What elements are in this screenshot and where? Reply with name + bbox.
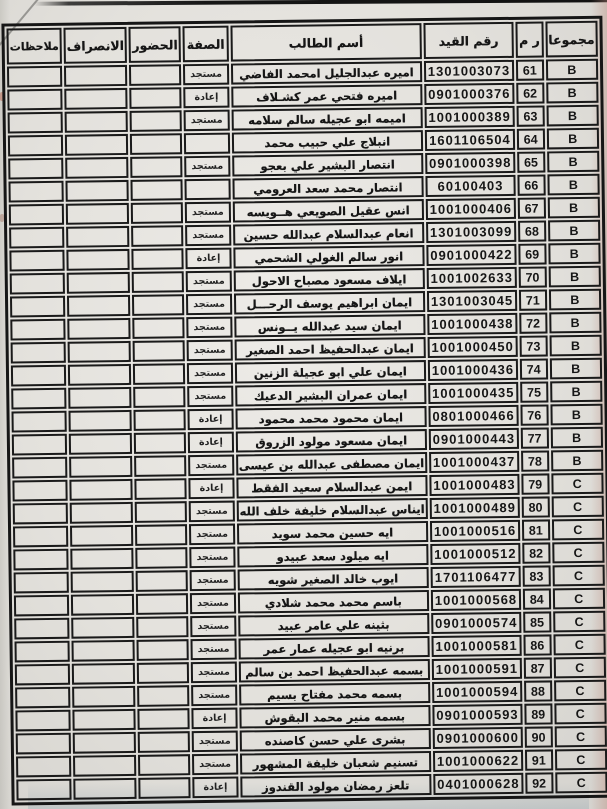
cell-departure: [69, 456, 132, 478]
cell-serial: 73: [519, 335, 547, 356]
cell-notes: [15, 687, 70, 709]
cell-serial: 77: [521, 427, 549, 448]
cell-reg-no: 1001000406: [426, 198, 516, 220]
cell-departure: [69, 433, 132, 455]
cell-name: ايمان محمود محمد محمود: [235, 406, 427, 430]
cell-attendance: [136, 547, 188, 569]
cell-attendance: [138, 708, 190, 730]
cell-name: انور سالم الغولي الشحمي: [233, 245, 425, 269]
cell-notes: [8, 158, 63, 180]
cell-reg-no: 1001000581: [431, 635, 521, 657]
cell-notes: [13, 526, 68, 548]
cell-reg-no: 1301003045: [427, 290, 517, 312]
cell-notes: [13, 549, 68, 571]
cell-group: B: [548, 289, 601, 311]
cell-group: B: [548, 220, 601, 242]
cell-reg-no: 1001000489: [430, 497, 520, 519]
cell-reg-no: 0901000422: [426, 244, 516, 266]
cell-serial: 63: [516, 105, 544, 126]
cell-name: بسمه محمد مفتاح بسيم: [239, 682, 431, 706]
cell-reg-no: 0901000376: [424, 83, 514, 105]
cell-serial: 65: [517, 151, 545, 172]
cell-notes: [11, 411, 66, 433]
cell-reg-no: 1001000450: [428, 336, 518, 358]
cell-attendance: [134, 409, 186, 431]
col-header-name: أسم الطالب: [230, 23, 422, 62]
cell-notes: [10, 296, 65, 318]
cell-name: انتصار البشير علي بعجو: [232, 153, 424, 177]
cell-name: انعام عبدالسلام عبدالله حسين: [233, 222, 425, 246]
cell-departure: [69, 479, 132, 501]
cell-name: اميره فتحي عمر كشـلاف: [231, 84, 423, 108]
cell-notes: [14, 618, 69, 640]
cell-departure: [73, 755, 136, 777]
cell-group: C: [551, 519, 604, 541]
cell-reg-no: 1001000435: [428, 382, 518, 404]
cell-departure: [66, 180, 129, 202]
cell-attendance: [135, 524, 187, 546]
cell-status: مستجد: [186, 294, 232, 316]
cell-reg-no: 1001000483: [429, 474, 519, 496]
cell-attendance: [135, 501, 187, 523]
cell-name: ايوب خالد الصغير شويه: [237, 567, 429, 591]
cell-attendance: [129, 87, 181, 109]
cell-attendance: [133, 386, 185, 408]
cell-status: مستجد: [190, 547, 236, 569]
cell-attendance: [135, 478, 187, 500]
cell-attendance: [137, 685, 189, 707]
cell-serial: 90: [525, 726, 553, 747]
cell-attendance: [136, 593, 188, 615]
cell-departure: [71, 594, 134, 616]
student-roster-table: مجموعا ر م رقم القيد أسم الطالب الصفة ال…: [1, 16, 607, 806]
cell-serial: 83: [522, 565, 550, 586]
cell-attendance: [132, 248, 184, 270]
cell-departure: [69, 410, 132, 432]
cell-notes: [9, 204, 64, 226]
cell-departure: [73, 778, 136, 800]
cell-status: مستجد: [185, 202, 231, 224]
cell-name: ايمن عبدالسلام سعيد الفقط: [236, 475, 428, 499]
cell-departure: [72, 709, 135, 731]
cell-notes: [12, 434, 67, 456]
cell-status: إعادة: [188, 432, 234, 454]
cell-departure: [65, 134, 128, 156]
cell-group: C: [554, 749, 607, 771]
cell-notes: [16, 733, 71, 755]
cell-attendance: [134, 432, 186, 454]
cell-status: مستجد: [189, 501, 235, 523]
cell-departure: [71, 617, 134, 639]
cell-name: ايمان ابراهيم يوسف الرحـــل: [234, 291, 426, 315]
cell-group: C: [552, 588, 605, 610]
cell-name: اميره عبدالجليل امحمد الفاضي: [231, 61, 423, 85]
cell-group: B: [551, 450, 604, 472]
cell-reg-no: 1001000622: [433, 750, 523, 772]
cell-group: C: [551, 473, 604, 495]
cell-group: C: [555, 772, 607, 794]
cell-notes: [14, 595, 69, 617]
cell-group: B: [545, 59, 598, 81]
cell-serial: 70: [519, 266, 547, 287]
cell-notes: [9, 227, 64, 249]
cell-reg-no: 1601106504: [425, 129, 515, 151]
cell-status: [184, 133, 230, 155]
cell-attendance: [139, 777, 191, 799]
cell-departure: [67, 272, 130, 294]
cell-notes: [14, 572, 69, 594]
cell-attendance: [133, 340, 185, 362]
cell-serial: 81: [522, 519, 550, 540]
cell-serial: 64: [517, 128, 545, 149]
cell-departure: [66, 249, 129, 271]
cell-status: إعادة: [189, 478, 235, 500]
cell-notes: [7, 89, 62, 111]
cell-name: تلعز رمضان مولود القندوز: [240, 774, 432, 798]
cell-name: ايمان سيد عبدالله يــونس: [234, 314, 426, 338]
col-header-departure: الانصراف: [64, 27, 128, 64]
cell-attendance: [134, 455, 186, 477]
cell-group: B: [548, 266, 601, 288]
cell-serial: 85: [523, 611, 551, 632]
cell-serial: 72: [519, 312, 547, 333]
cell-notes: [10, 319, 65, 341]
cell-group: C: [553, 657, 606, 679]
cell-serial: 89: [524, 703, 552, 724]
cell-name: بسمه عبدالحفيظ احمد بن سالم: [238, 659, 430, 683]
cell-departure: [65, 157, 128, 179]
cell-name: ايمان مصطفى عبدالله بن عيسى: [236, 452, 428, 476]
cell-departure: [72, 686, 135, 708]
cell-reg-no: 0901000443: [429, 428, 519, 450]
cell-status: إعادة: [188, 409, 234, 431]
cell-serial: 84: [523, 588, 551, 609]
cell-name: تسنيم شعبان خليفة المشهور: [240, 751, 432, 775]
cell-group: B: [547, 174, 600, 196]
roster-body: B 61 1301003073 اميره عبدالجليل امحمد ال…: [7, 59, 607, 801]
cell-serial: 80: [522, 496, 550, 517]
cell-serial: 88: [524, 680, 552, 701]
cell-attendance: [132, 271, 184, 293]
cell-notes: [11, 365, 66, 387]
cell-group: B: [549, 335, 602, 357]
col-header-group: مجموعا: [545, 21, 598, 58]
cell-attendance: [132, 317, 184, 339]
cell-status: مستجد: [191, 639, 237, 661]
cell-reg-no: 0901000574: [431, 612, 521, 634]
cell-departure: [67, 295, 130, 317]
cell-name: بسمه منير محمد البقوش: [239, 705, 431, 729]
cell-notes: [16, 779, 71, 801]
cell-reg-no: 0901000398: [425, 152, 515, 174]
col-header-serial: ر م: [515, 21, 543, 57]
cell-name: ايمان علي ابو عجيلة الزنين: [234, 360, 426, 384]
cell-status: مستجد: [184, 110, 230, 132]
cell-status: إعادة: [184, 87, 230, 109]
cell-serial: 78: [521, 450, 549, 471]
cell-group: B: [546, 105, 599, 127]
cell-departure: [64, 65, 127, 87]
cell-reg-no: 1001000436: [428, 359, 518, 381]
cell-serial: 68: [518, 220, 546, 241]
cell-name: بشرى علي حسن كاصنده: [239, 728, 431, 752]
cell-departure: [68, 341, 131, 363]
cell-group: B: [550, 404, 603, 426]
cell-status: مستجد: [187, 340, 233, 362]
cell-status: مستجد: [185, 156, 231, 178]
cell-group: B: [550, 427, 603, 449]
cell-name: ايمان عمران البشير الدعيك: [235, 383, 427, 407]
cell-notes: [11, 342, 66, 364]
cell-notes: [15, 641, 70, 663]
cell-group: C: [552, 565, 605, 587]
cell-departure: [66, 203, 129, 225]
cell-status: إعادة: [186, 248, 232, 270]
cell-serial: 76: [520, 404, 548, 425]
cell-attendance: [130, 156, 182, 178]
cell-departure: [71, 571, 134, 593]
cell-group: B: [550, 381, 603, 403]
cell-status: مستجد: [187, 317, 233, 339]
cell-group: B: [548, 243, 601, 265]
cell-attendance: [132, 294, 184, 316]
cell-attendance: [136, 570, 188, 592]
cell-serial: 86: [523, 634, 551, 655]
cell-reg-no: 1001000594: [432, 681, 522, 703]
cell-name: برنيه ابو عجيله عمار عمر: [238, 636, 430, 660]
cell-group: C: [553, 611, 606, 633]
cell-group: B: [546, 128, 599, 150]
cell-status: مستجد: [190, 593, 236, 615]
cell-serial: 87: [524, 657, 552, 678]
col-header-attendance: الحضور: [129, 26, 182, 63]
cell-attendance: [138, 754, 190, 776]
cell-status: مستجد: [187, 363, 233, 385]
scan-top-edge-line: [34, 0, 607, 6]
cell-status: مستجد: [192, 731, 238, 753]
cell-departure: [72, 640, 135, 662]
cell-notes: [13, 503, 68, 525]
cell-serial: 61: [516, 59, 544, 80]
cell-group: C: [554, 680, 607, 702]
cell-attendance: [131, 179, 183, 201]
cell-status: [185, 179, 231, 201]
cell-serial: 79: [521, 473, 549, 494]
cell-attendance: [138, 731, 190, 753]
cell-departure: [72, 663, 135, 685]
cell-notes: [12, 457, 67, 479]
cell-departure: [73, 732, 136, 754]
cell-attendance: [137, 662, 189, 684]
cell-attendance: [131, 225, 183, 247]
cell-group: C: [551, 496, 604, 518]
cell-notes: [9, 250, 64, 272]
cell-serial: 69: [518, 243, 546, 264]
cell-attendance: [137, 639, 189, 661]
cell-reg-no: 60100403: [425, 175, 515, 197]
cell-name: انس عقيل الصويعي هــويسه: [232, 199, 424, 223]
cell-serial: 82: [522, 542, 550, 563]
cell-reg-no: 1001000512: [430, 543, 520, 565]
col-header-reg-no: رقم القيد: [423, 22, 513, 59]
cell-attendance: [131, 202, 183, 224]
cell-status: مستجد: [183, 64, 229, 86]
cell-departure: [68, 364, 131, 386]
cell-serial: 67: [518, 197, 546, 218]
cell-notes: [10, 273, 65, 295]
col-header-status: الصفة: [183, 26, 229, 63]
cell-name: ايه حسين محمد سويد: [237, 521, 429, 545]
cell-notes: [8, 135, 63, 157]
cell-name: باسم محمد محمد شلادي: [238, 590, 430, 614]
cell-notes: [7, 66, 62, 88]
cell-reg-no: 1001000516: [430, 520, 520, 542]
cell-reg-no: 1701106477: [431, 566, 521, 588]
cell-group: C: [554, 703, 607, 725]
cell-attendance: [136, 616, 188, 638]
cell-serial: 75: [520, 381, 548, 402]
cell-name: بثينه علي عامر عبيد: [238, 613, 430, 637]
cell-reg-no: 1001000437: [429, 451, 519, 473]
cell-attendance: [130, 133, 182, 155]
cell-name: ايمان عبدالحفيظ احمد الصغير: [234, 337, 426, 361]
cell-status: مستجد: [188, 386, 234, 408]
cell-departure: [66, 226, 129, 248]
cell-notes: [12, 480, 67, 502]
cell-departure: [70, 502, 133, 524]
cell-status: مستجد: [186, 271, 232, 293]
cell-serial: 62: [516, 82, 544, 103]
cell-status: إعادة: [193, 777, 239, 799]
cell-notes: [11, 388, 66, 410]
cell-reg-no: 1001000591: [432, 658, 522, 680]
col-header-notes: ملاحظات: [6, 28, 61, 65]
cell-name: ايه ميلود سعد عبيدو: [237, 544, 429, 568]
cell-group: C: [554, 726, 607, 748]
cell-status: مستجد: [191, 685, 237, 707]
cell-serial: 92: [525, 772, 553, 793]
cell-reg-no: 1001000389: [425, 106, 515, 128]
cell-name: انبلاج علي حبيب محمد: [231, 130, 423, 154]
cell-group: C: [552, 542, 605, 564]
cell-name: انتصار محمد سعد العرومي: [232, 176, 424, 200]
cell-status: مستجد: [190, 570, 236, 592]
cell-reg-no: 1001002633: [427, 267, 517, 289]
cell-name: ايمان مسعود مولود الزروق: [235, 429, 427, 453]
cell-name: اميمه ابو عجيله سالم سلامه: [231, 107, 423, 131]
cell-status: إعادة: [192, 708, 238, 730]
cell-notes: [8, 181, 63, 203]
cell-status: مستجد: [191, 616, 237, 638]
cell-departure: [64, 88, 127, 110]
cell-reg-no: 1001000568: [431, 589, 521, 611]
cell-group: B: [546, 82, 599, 104]
cell-name: ايلاف مسعود مصباح الاحول: [233, 268, 425, 292]
cell-reg-no: 1301003099: [426, 221, 516, 243]
cell-attendance: [133, 363, 185, 385]
cell-departure: [67, 318, 130, 340]
cell-departure: [68, 387, 131, 409]
cell-group: B: [549, 358, 602, 380]
cell-notes: [15, 664, 70, 686]
cell-notes: [15, 710, 70, 732]
cell-notes: [8, 112, 63, 134]
cell-attendance: [130, 110, 182, 132]
cell-departure: [70, 548, 133, 570]
cell-group: B: [547, 151, 600, 173]
cell-serial: 66: [517, 174, 545, 195]
cell-group: C: [553, 634, 606, 656]
cell-reg-no: 0801000466: [428, 405, 518, 427]
cell-status: مستجد: [185, 225, 231, 247]
cell-status: مستجد: [191, 662, 237, 684]
cell-status: مستجد: [192, 754, 238, 776]
cell-group: B: [547, 197, 600, 219]
cell-status: مستجد: [189, 524, 235, 546]
cell-group: B: [549, 312, 602, 334]
cell-serial: 91: [525, 749, 553, 770]
cell-reg-no: 1001000438: [427, 313, 517, 335]
cell-serial: 71: [519, 289, 547, 310]
cell-status: مستجد: [188, 455, 234, 477]
cell-name: ايناس عبدالسلام خليفة خلف الله: [236, 498, 428, 522]
cell-notes: [16, 756, 71, 778]
cell-reg-no: 1301003073: [424, 60, 514, 82]
cell-reg-no: 0401000628: [433, 773, 523, 795]
header-row: مجموعا ر م رقم القيد أسم الطالب الصفة ال…: [6, 21, 597, 65]
cell-attendance: [129, 64, 181, 86]
cell-departure: [70, 525, 133, 547]
cell-reg-no: 0901000593: [432, 704, 522, 726]
cell-reg-no: 0901000600: [433, 727, 523, 749]
cell-departure: [65, 111, 128, 133]
cell-serial: 74: [520, 358, 548, 379]
